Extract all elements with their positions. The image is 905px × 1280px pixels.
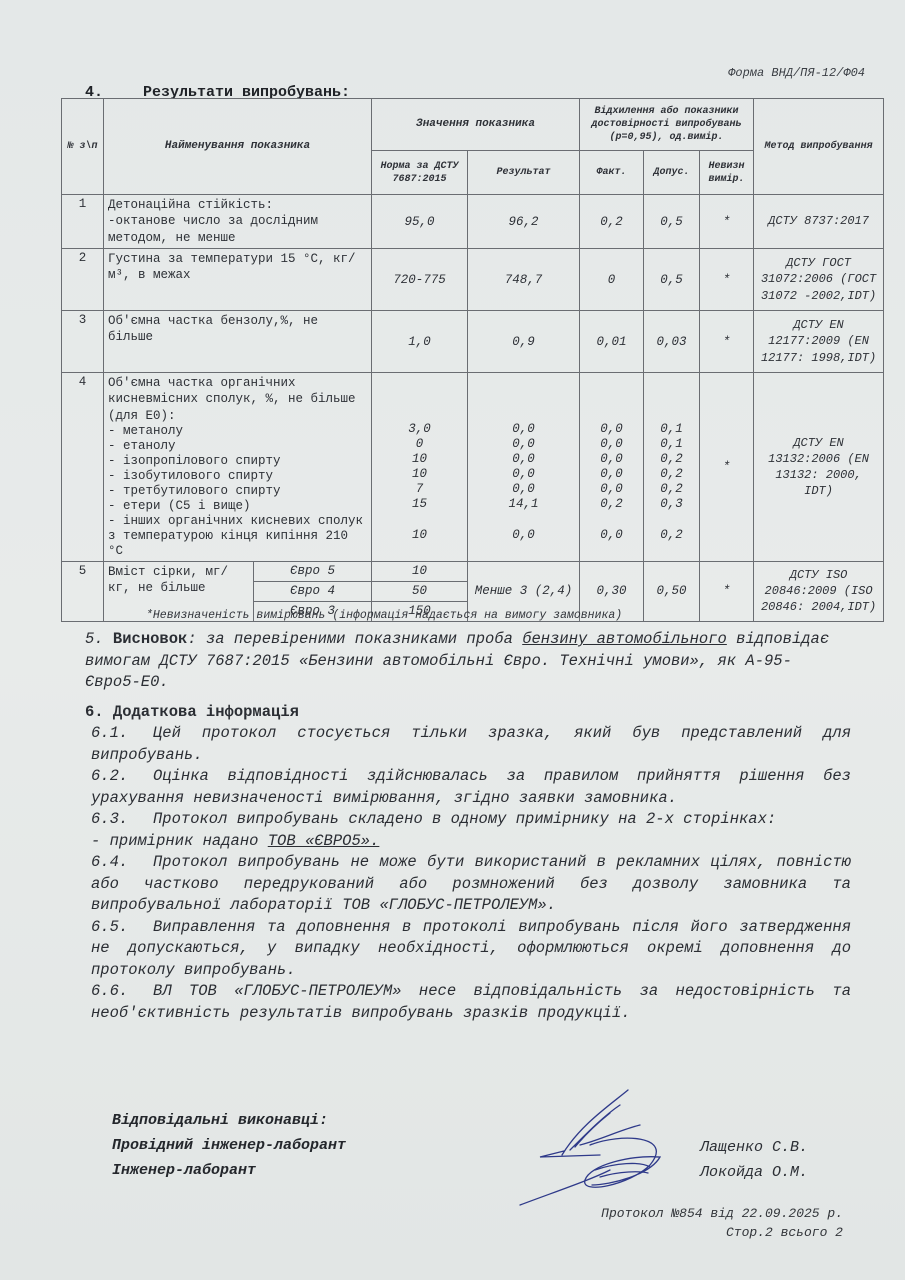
uncertainty-footnote: *Невизначеність вимірювань (інформація н… — [146, 609, 622, 622]
norm-value: 10 — [376, 452, 463, 467]
protocol-number: Протокол №854 від 22.09.2025 р. — [601, 1204, 843, 1223]
allowed-value: 0,2 — [648, 482, 695, 497]
sub-indicator: - ізобутилового спирту — [108, 469, 367, 484]
header-row-number: № з\п — [62, 99, 104, 195]
allowed-value: 0,2 — [648, 467, 695, 482]
result-value: 0,0 — [472, 452, 575, 467]
allowed-value: 0,50 — [644, 561, 700, 621]
norm-value: 3,0 — [376, 422, 463, 437]
table-row: 1Детонаційна стійкість:-октанове число з… — [62, 195, 884, 249]
page-counter: Стор.2 всього 2 — [601, 1223, 843, 1242]
result-value: 0,0 — [472, 422, 575, 437]
header-deviation: Відхилення або показники достовірності в… — [580, 99, 754, 151]
handwritten-signature — [500, 1085, 720, 1215]
role-lead-engineer: Провідний інженер-лаборант — [112, 1133, 346, 1158]
sub-indicator: - ізопропілового спирту — [108, 454, 367, 469]
actual-value: 0,0 — [584, 422, 639, 437]
header-method: Метод випробування — [754, 99, 884, 195]
sub-indicator: - етанолу — [108, 439, 367, 454]
allowed-value: 0,5 — [644, 195, 700, 249]
result-value: 14,1 — [472, 497, 575, 512]
allowed-value: 0,3 — [648, 497, 695, 512]
fuel-class: Євро 5 — [254, 561, 372, 581]
uncertainty-value: * — [700, 561, 754, 621]
actual-value: 0,0 — [584, 528, 639, 543]
allowed-value: 0,2 — [648, 452, 695, 467]
row-number: 2 — [62, 249, 104, 311]
row-number: 4 — [62, 373, 104, 562]
indicator-name-line: Густина за температури 15 °С, кг/м³, в м… — [108, 251, 367, 284]
actual-value: 0,0 — [584, 467, 639, 482]
indicator-name-line: Об'ємна частка бензолу,%, не більше — [108, 313, 367, 346]
norm-value: 7 — [376, 482, 463, 497]
norm-value: 0 — [376, 437, 463, 452]
test-method: ДСТУ ГОСТ 31072:2006 (ГОСТ 31072 -2002,I… — [754, 249, 884, 311]
indicator-name: Об'ємна частка бензолу,%, не більше — [104, 311, 372, 373]
info-item-number: 6.5. — [91, 917, 153, 939]
norm-value: 10 — [376, 528, 463, 543]
allowed-value: 0,2 — [648, 528, 695, 543]
indicator-name-line: -октанове число за дослідним методом, не… — [108, 213, 367, 246]
info-item: 6.5.Виправлення та доповнення в протокол… — [91, 917, 851, 982]
norm-value: 50 — [372, 581, 468, 601]
test-method: ДСТУ EN 13132:2006 (EN 13132: 2000, IDT) — [754, 373, 884, 562]
header-actual: Факт. — [580, 151, 644, 195]
uncertainty-value: * — [700, 373, 754, 562]
norm-value: 10 — [372, 561, 468, 581]
table-row: 2Густина за температури 15 °С, кг/м³, в … — [62, 249, 884, 311]
norm-value: 1,0 — [372, 311, 468, 373]
header-allowed: Допус. — [644, 151, 700, 195]
document-page: Форма ВНД/ПЯ-12/Ф04 4.Результати випробу… — [0, 0, 905, 1280]
info-item-number: 6.6. — [91, 981, 153, 1003]
info-item: 6.2.Оцінка відповідності здійснювалась з… — [91, 766, 851, 809]
info-item: 6.3.Протокол випробувань складено в одно… — [91, 809, 851, 831]
row-number: 1 — [62, 195, 104, 249]
info-item: 6.1.Цей протокол стосується тільки зразк… — [91, 723, 851, 766]
conclusion-number: 5. — [85, 630, 104, 648]
actual-value: 0,2 — [584, 497, 639, 512]
responsible-persons: Відповідальні виконавці: Провідний інжен… — [112, 1108, 346, 1183]
conclusion-heading: Висновок — [113, 630, 187, 648]
actual-value: 0,2 — [580, 195, 644, 249]
indicator-name-line: Детонаційна стійкість: — [108, 197, 367, 213]
norm-value: 10 — [376, 467, 463, 482]
header-uncertainty: Невизн вимір. — [700, 151, 754, 195]
info-item-text: Протокол випробувань не може бути викори… — [91, 853, 851, 914]
allowed-value: 0,1 — [648, 437, 695, 452]
table-row: 3Об'ємна частка бензолу,%, не більше1,00… — [62, 311, 884, 373]
allowed-value: 0,5 — [644, 249, 700, 311]
test-method: ДСТУ ISO 20846:2009 (ISO 20846: 2004,IDT… — [754, 561, 884, 621]
info-item: 6.6.ВЛ ТОВ «ГЛОБУС-ПЕТРОЛЕУМ» несе відпо… — [91, 981, 851, 1024]
signers-heading: Відповідальні виконавці: — [112, 1108, 346, 1133]
result-value: 0,0 — [472, 528, 575, 543]
indicator-name: Об'ємна частка органічних кисневмісних с… — [104, 373, 372, 562]
test-method: ДСТУ EN 12177:2009 (EN 12177: 1998,IDT) — [754, 311, 884, 373]
info-item-text: Протокол випробувань складено в одному п… — [153, 810, 776, 828]
signer-name-2: Локойда О.М. — [700, 1160, 808, 1185]
allowed-values: 0,10,10,20,20,20,30,2 — [644, 373, 700, 562]
info-item: 6.4.Протокол випробувань не може бути ви… — [91, 852, 851, 917]
conclusion-product: бензину автомобільного — [522, 630, 727, 648]
sub-indicator: - третбутилового спирту — [108, 484, 367, 499]
info-sub-prefix: - примірник надано — [91, 832, 268, 850]
results-table: № з\п Найменування показника Значення по… — [61, 98, 884, 622]
table-row: 5Вміст сірки, мг/кг, не більшеЄвро 510Ме… — [62, 561, 884, 581]
additional-info-title: 6. Додаткова інформація — [85, 702, 845, 724]
norm-value: 95,0 — [372, 195, 468, 249]
info-item-number: 6.3. — [91, 809, 153, 831]
uncertainty-value: * — [700, 195, 754, 249]
role-engineer: Інженер-лаборант — [112, 1158, 346, 1183]
additional-info-list: 6.1.Цей протокол стосується тільки зразк… — [91, 723, 851, 1024]
result-value: 0,0 — [472, 482, 575, 497]
test-method: ДСТУ 8737:2017 — [754, 195, 884, 249]
header-result: Результат — [468, 151, 580, 195]
info-item-text: Виправлення та доповнення в протоколі ви… — [91, 918, 851, 979]
result-values: 0,00,00,00,00,014,10,0 — [468, 373, 580, 562]
fuel-class: Євро 4 — [254, 581, 372, 601]
actual-values: 0,00,00,00,00,00,20,0 — [580, 373, 644, 562]
row-number: 3 — [62, 311, 104, 373]
header-indicator-value: Значення показника — [372, 99, 580, 151]
info-item-number: 6.4. — [91, 852, 153, 874]
indicator-name: Детонаційна стійкість:-октанове число за… — [104, 195, 372, 249]
result-value: 96,2 — [468, 195, 580, 249]
header-indicator-name: Найменування показника — [104, 99, 372, 195]
actual-value: 0,0 — [584, 452, 639, 467]
result-value: 0,0 — [472, 467, 575, 482]
result-value: 0,9 — [468, 311, 580, 373]
info-item-text: ВЛ ТОВ «ГЛОБУС-ПЕТРОЛЕУМ» несе відповіда… — [91, 982, 851, 1022]
signer-name-1: Лащенко С.В. — [700, 1135, 808, 1160]
allowed-value: 0,03 — [644, 311, 700, 373]
actual-value: 0,01 — [580, 311, 644, 373]
info-item-text: Цей протокол стосується тільки зразка, я… — [91, 724, 851, 764]
info-item-text: Оцінка відповідності здійснювалась за пр… — [91, 767, 851, 807]
info-item-number: 6.1. — [91, 723, 153, 745]
sub-indicator: - метанолу — [108, 424, 367, 439]
info-item-number: 6.2. — [91, 766, 153, 788]
result-value: 748,7 — [468, 249, 580, 311]
indicator-intro: Об'ємна частка органічних кисневмісних с… — [108, 375, 367, 424]
row-number: 5 — [62, 561, 104, 621]
norm-value: 720-775 — [372, 249, 468, 311]
info-sub-item: - примірник надано ТОВ «ЄВРО5». — [91, 831, 851, 853]
signer-names: Лащенко С.В. Локойда О.М. — [700, 1135, 808, 1185]
conclusion-section: 5. Висновок: за перевіреними показниками… — [85, 629, 845, 694]
sub-indicator: - етери (С5 і вище) — [108, 499, 367, 514]
allowed-value: 0,1 — [648, 422, 695, 437]
uncertainty-value: * — [700, 311, 754, 373]
sub-indicator: - інших органічних кисневих сполук з тем… — [108, 514, 367, 559]
header-norm: Норма за ДСТУ 7687:2015 — [372, 151, 468, 195]
table-row: 4Об'ємна частка органічних кисневмісних … — [62, 373, 884, 562]
recipient-company: ТОВ «ЄВРО5». — [268, 832, 380, 850]
result-value: 0,0 — [472, 437, 575, 452]
protocol-footer: Протокол №854 від 22.09.2025 р. Стор.2 в… — [601, 1204, 843, 1242]
form-code: Форма ВНД/ПЯ-12/Ф04 — [728, 66, 865, 80]
indicator-name: Густина за температури 15 °С, кг/м³, в м… — [104, 249, 372, 311]
norm-values: 3,00101071510 — [372, 373, 468, 562]
uncertainty-value: * — [700, 249, 754, 311]
conclusion-text-before: : за перевіреними показниками проба — [187, 630, 522, 648]
actual-value: 0,0 — [584, 482, 639, 497]
norm-value: 15 — [376, 497, 463, 512]
actual-value: 0 — [580, 249, 644, 311]
actual-value: 0,0 — [584, 437, 639, 452]
